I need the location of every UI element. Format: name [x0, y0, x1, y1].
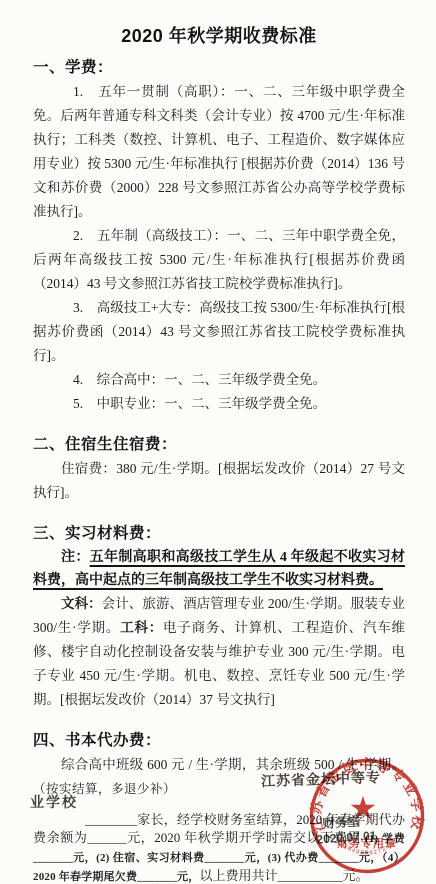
- materials-note: 注：五年制高职和高级技工学生从 4 年级起不收实习材料费，高中起点的三年制高级技…: [33, 546, 405, 592]
- school-signature-line-2: 业学校: [30, 792, 78, 812]
- finance-seal: 江苏省金坛中等专业学校 ★ 财务专用章 3204885827243 财务室 20…: [308, 757, 426, 875]
- section-materials-heading: 三、实习材料费：: [33, 521, 405, 543]
- finance-seal-graphic: 江苏省金坛中等专业学校 ★ 财务专用章 3204885827243 财务室 20…: [308, 757, 426, 875]
- accommodation-body: 住宿费：380 元/生·学期。[根据坛发改价（2014）27 号文执行]。: [33, 457, 405, 505]
- document-content: 2020 年秋学期收费标准 一、学费： 1. 五年一贯制（高职）：一、二、三年级…: [0, 0, 436, 884]
- section-tuition-heading: 一、学费：: [33, 55, 405, 77]
- tuition-item-5: 5. 中职专业：一、二、三年级学费全免。: [33, 392, 405, 416]
- materials-engineering-label: 工科：: [120, 620, 163, 635]
- document-title: 2020 年秋学期收费标准: [33, 22, 405, 48]
- materials-liberal-label: 文科：: [61, 596, 102, 611]
- section-accommodation-heading: 二、住宿生住宿费：: [33, 432, 405, 454]
- document-page: 2020 年秋学期收费标准 一、学费： 1. 五年一贯制（高职）：一、二、三年级…: [0, 0, 436, 884]
- section-textbooks-heading: 四、书本代办费：: [33, 728, 405, 750]
- tuition-item-3: 3. 高级技工+大专：高级技工按 5300/生·年标准执行[根据苏价费函（201…: [33, 296, 405, 368]
- date-stamp-office: 财务室: [322, 813, 361, 831]
- materials-note-text: 五年制高职和高级技工学生从 4 年级起不收实习材料费，高中起点的三年制高级技工学…: [33, 550, 405, 588]
- materials-body: 文科：会计、旅游、酒店管理专业 200/生·学期。服装专业 300/生·学期。工…: [33, 592, 405, 712]
- tuition-item-4: 4. 综合高中：一、二、三年级学费全免。: [33, 368, 405, 392]
- tuition-item-2: 2. 五年制（高级技工）：一、二、三年中职学费全免，后两年高级技工按 5300 …: [33, 224, 405, 296]
- materials-note-label: 注：: [61, 550, 90, 565]
- tuition-item-1: 1. 五年一贯制（高职）：一、二、三年级中职学费全免。后两年普通专科文科类（会计…: [33, 80, 405, 224]
